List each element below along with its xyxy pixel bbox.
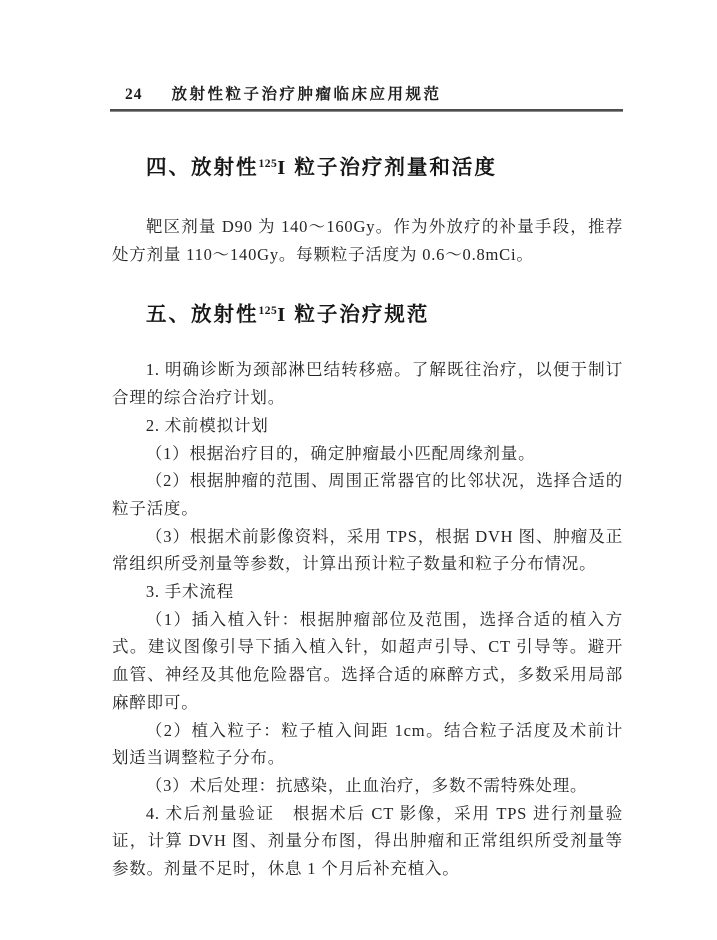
paragraph-item-2: 2. 术前模拟计划 [112, 412, 623, 440]
paragraph-item-3: 3. 手术流程 [112, 578, 623, 606]
heading-text: 五、放射性 [146, 304, 259, 326]
paragraph-item-3-sub-2: （2）植入粒子：粒子植入间距 1cm。结合粒子活度及术前计划适当调整粒子分布。 [112, 717, 623, 772]
heading-text: I 粒子治疗规范 [277, 304, 429, 326]
document-page: 24 放射性粒子治疗肿瘤临床应用规范 四、放射性125I 粒子治疗剂量和活度 靶… [0, 0, 717, 940]
paragraph-item-2-sub-1: （1）根据治疗目的，确定肿瘤最小匹配周缘剂量。 [112, 440, 623, 468]
page-content: 24 放射性粒子治疗肿瘤临床应用规范 四、放射性125I 粒子治疗剂量和活度 靶… [112, 0, 623, 883]
heading-text: I 粒子治疗剂量和活度 [277, 157, 497, 179]
paragraph-item-1: 1. 明确诊断为颈部淋巴结转移癌。了解既往治疗，以便于制订合理的综合治疗计划。 [112, 356, 623, 411]
paragraph-item-2-sub-2: （2）根据肿瘤的范围、周围正常器官的比邻状况，选择合适的粒子活度。 [112, 467, 623, 522]
section-heading-five: 五、放射性125I 粒子治疗规范 [112, 302, 623, 328]
paragraph-item-2-sub-3: （3）根据术前影像资料，采用 TPS，根据 DVH 图、肿瘤及正常组织所受剂量等… [112, 523, 623, 578]
paragraph-item-3-sub-1: （1）插入植入针：根据肿瘤部位及范围，选择合适的植入方式。建议图像引导下插入植入… [112, 606, 623, 717]
section-heading-four: 四、放射性125I 粒子治疗剂量和活度 [112, 155, 623, 181]
paragraph-item-3-sub-3: （3）术后处理：抗感染，止血治疗，多数不需特殊处理。 [112, 772, 623, 800]
running-title: 放射性粒子治疗肿瘤临床应用规范 [172, 82, 442, 104]
page-header: 24 放射性粒子治疗肿瘤临床应用规范 [112, 82, 623, 104]
heading-text: 四、放射性 [146, 157, 259, 179]
header-rule [110, 109, 623, 112]
isotope-superscript: 125 [259, 305, 278, 317]
paragraph-dose: 靶区剂量 D90 为 140～160Gy。作为外放疗的补量手段，推荐处方剂量 1… [112, 213, 623, 268]
isotope-superscript: 125 [259, 158, 278, 170]
page-number: 24 [125, 86, 143, 104]
paragraph-item-4: 4. 术后剂量验证 根据术后 CT 影像，采用 TPS 进行剂量验证，计算 DV… [112, 800, 623, 883]
